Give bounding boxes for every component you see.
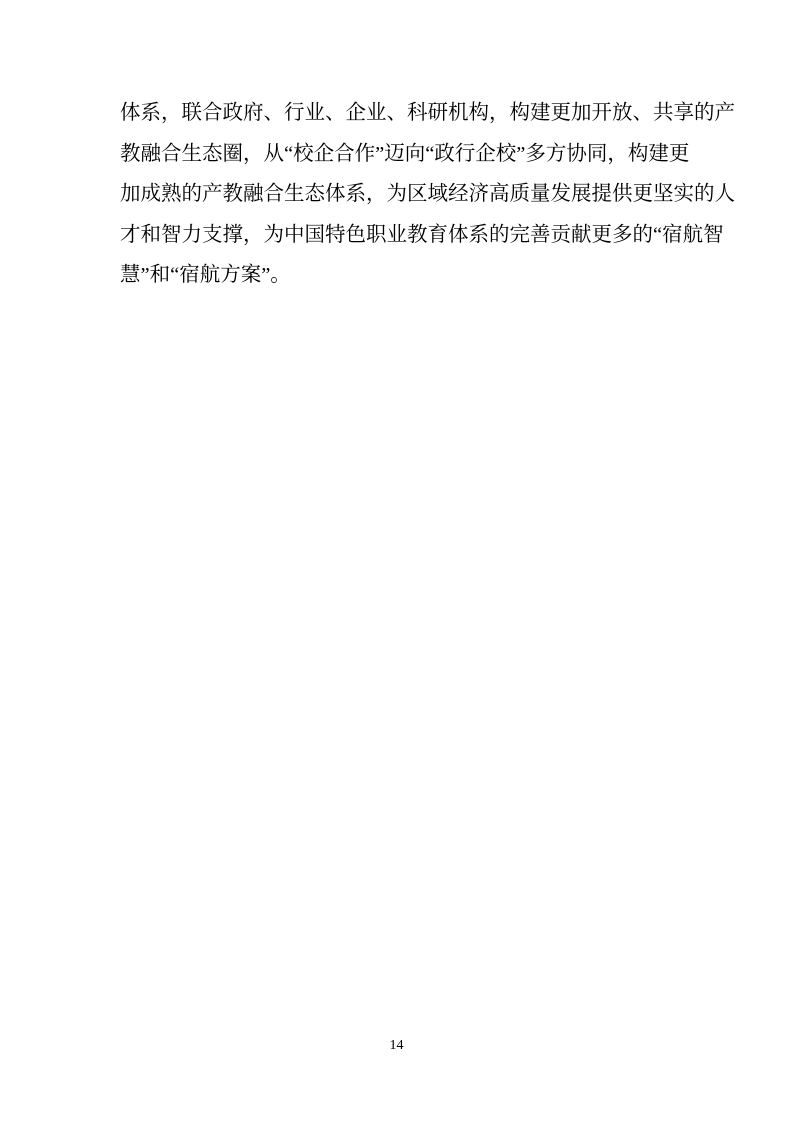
paragraph-line: 慧”和“宿航方案”。 [120,255,676,296]
paragraph-line: 才和智力支撑，为中国特色职业教育体系的完善贡献更多的“宿航智 [120,215,676,256]
page-footer: 14 [0,1036,793,1054]
paragraph-line: 加成熟的产教融合生态体系，为区域经济高质量发展提供更坚实的人 [120,174,676,215]
body-paragraph: 体系，联合政府、行业、企业、科研机构，构建更加开放、共享的产 教融合生态圈，从“… [120,93,676,296]
page-number: 14 [390,1038,404,1053]
paragraph-line: 教融合生态圈，从“校企合作”迈向“政行企校”多方协同，构建更 [120,134,676,175]
document-page: 体系，联合政府、行业、企业、科研机构，构建更加开放、共享的产 教融合生态圈，从“… [0,0,793,1122]
paragraph-line: 体系，联合政府、行业、企业、科研机构，构建更加开放、共享的产 [120,93,676,134]
